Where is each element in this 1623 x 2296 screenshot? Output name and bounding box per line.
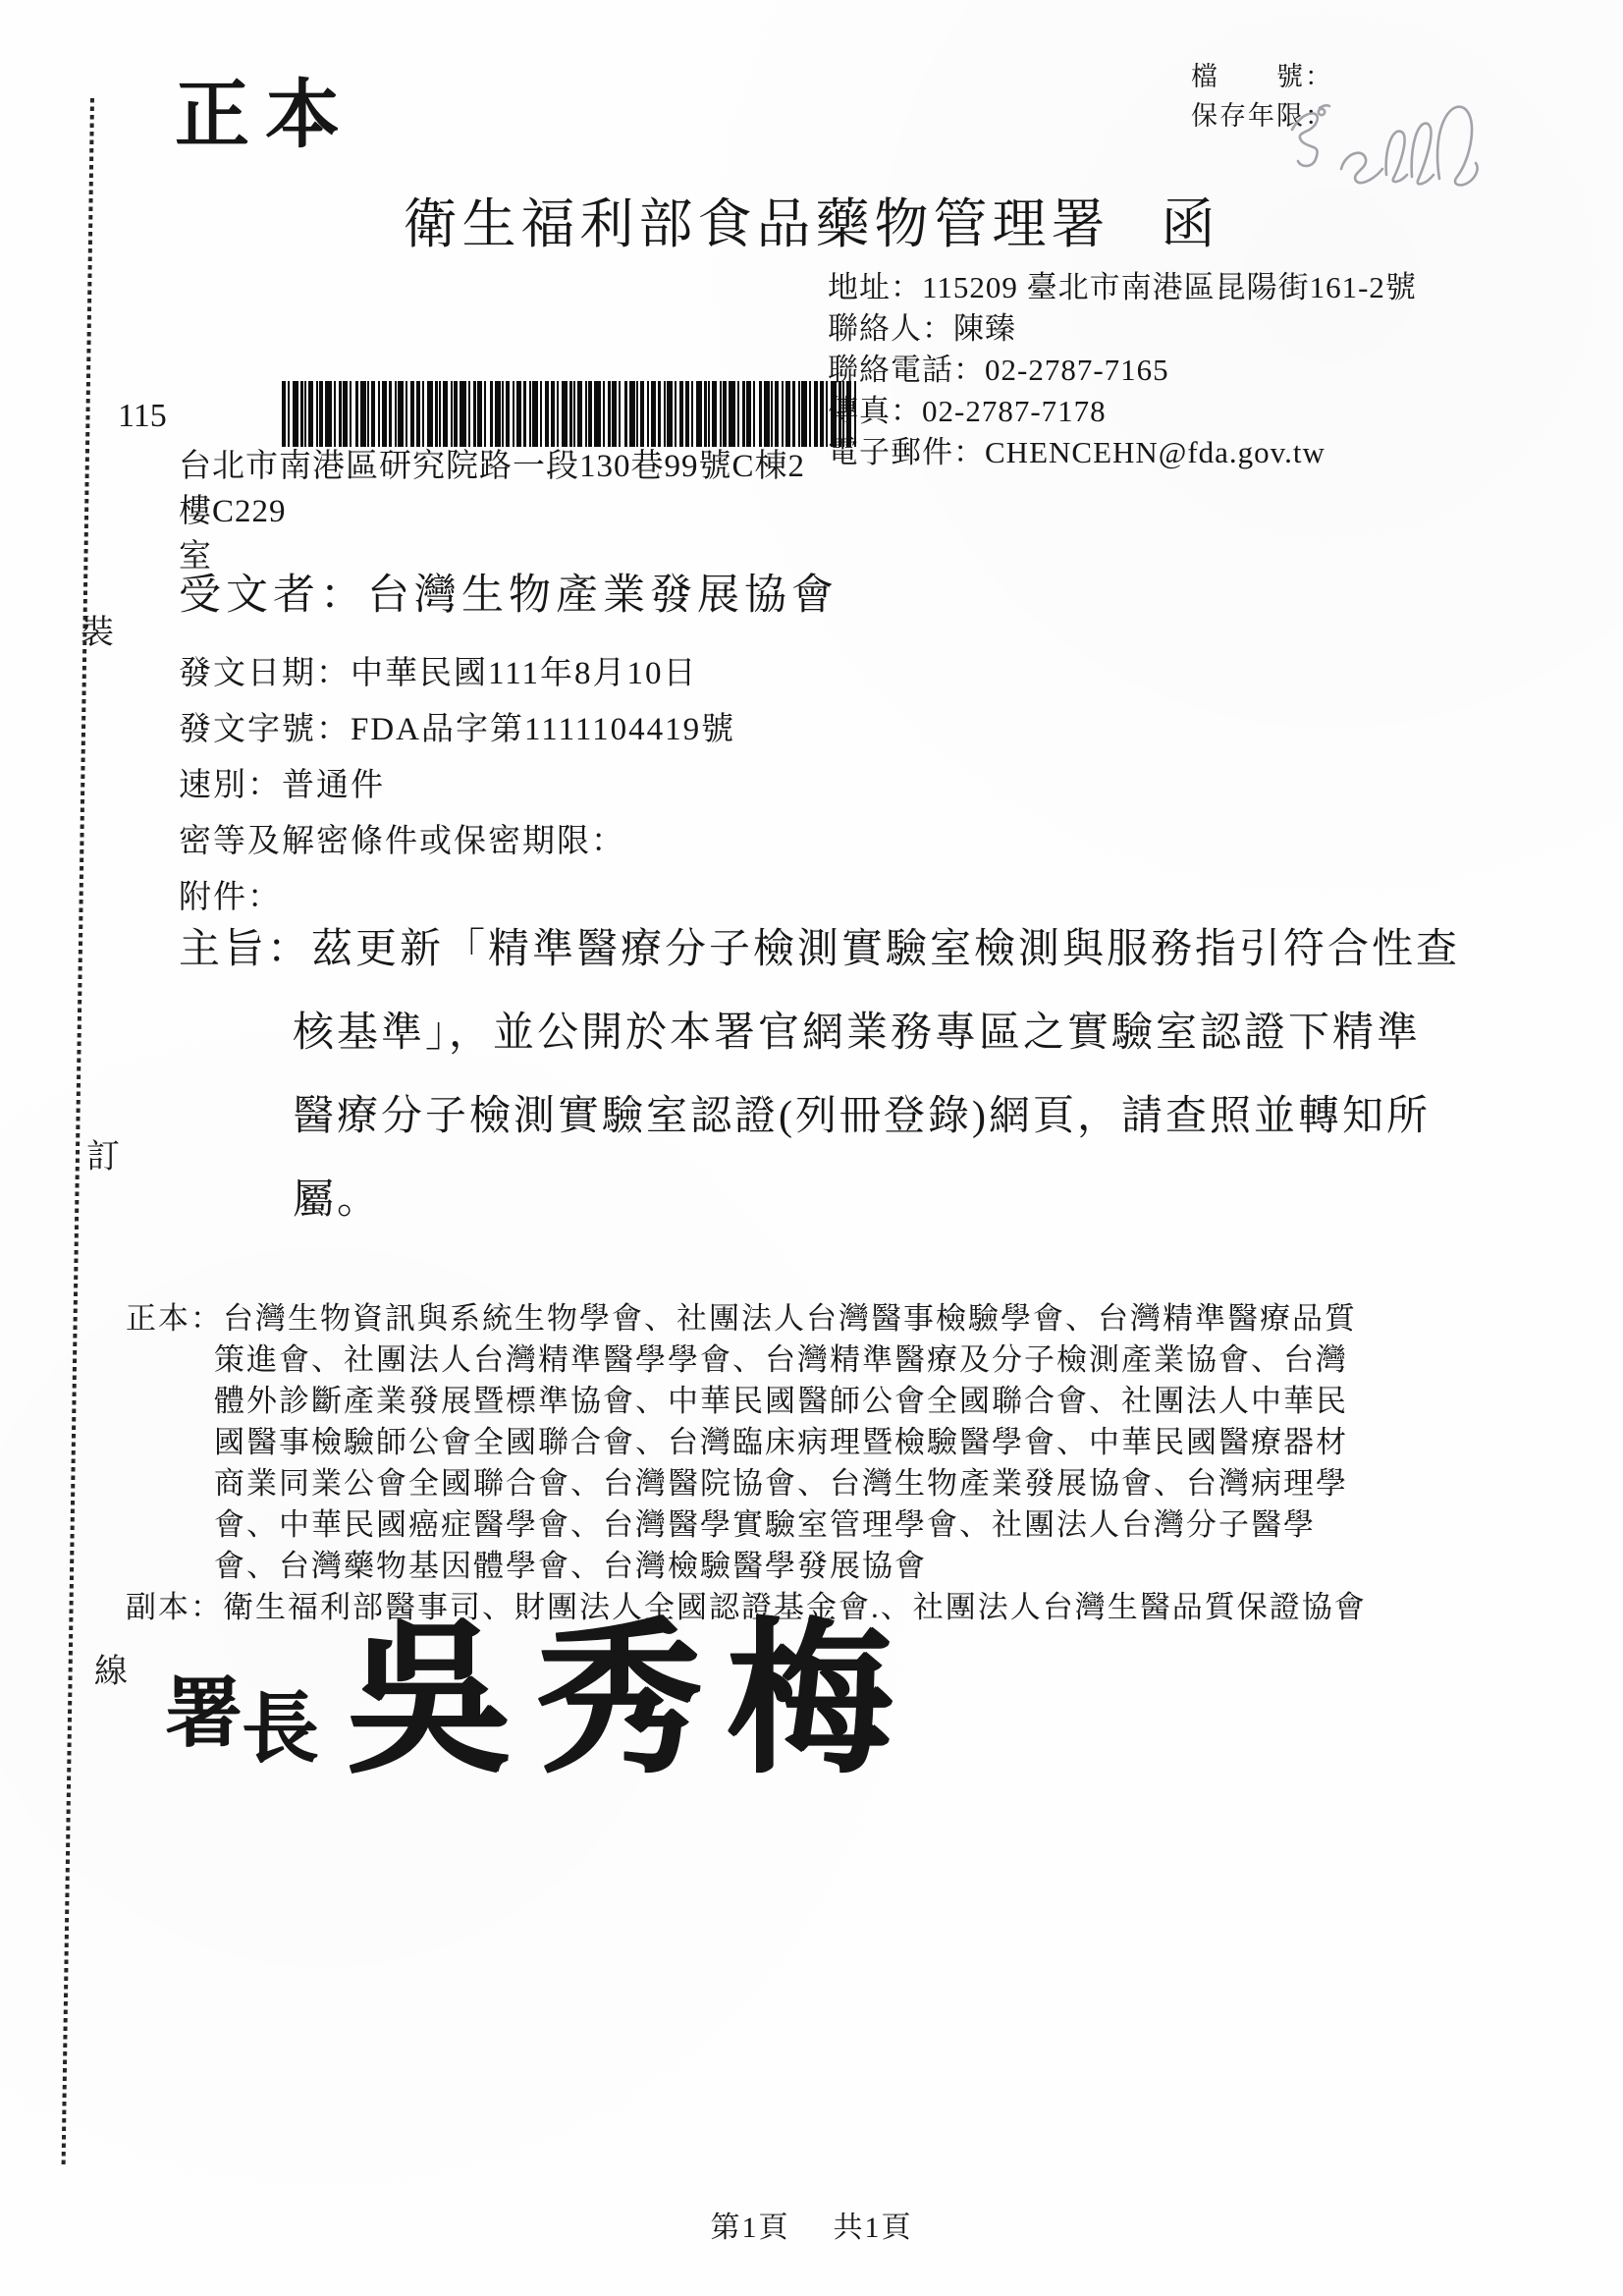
sender-contact-person: 聯絡人：陳臻 [828, 308, 1417, 350]
mailing-address: 台北市南港區研究院路一段130巷99號C棟2樓C229 室 [179, 444, 807, 579]
document-meta-block: 發文日期：中華民國111年8月10日 發文字號：FDA品字第1111104419… [179, 646, 735, 926]
distribution-line: 策進會、社團法人台灣精準醫學學會、台灣精準醫療及分子檢測產業協會、台灣 [214, 1339, 1520, 1381]
subject-line: 主旨：茲更新「精準醫療分子檢測實驗室檢測與服務指引符合性查 [179, 908, 1514, 992]
page-footer: 第1頁共1頁 [0, 2203, 1623, 2246]
document-title-row: 衛生福利部食品藥物管理署函 [0, 181, 1623, 258]
distribution-block: 正本：台灣生物資訊與系統生物學會、社團法人台灣醫事檢驗學會、台灣精準醫療品質 策… [126, 1298, 1520, 1628]
mailing-address-line1: 台北市南港區研究院路一段130巷99號C棟2樓C229 [179, 444, 807, 534]
signature-block: 署長 吳秀梅 [165, 1618, 917, 1783]
meta-security-class: 密等及解密條件或保密期限： [179, 814, 735, 870]
subject-line: 屬。 [293, 1159, 1514, 1242]
barcode [282, 381, 856, 447]
distribution-line: 正本：台灣生物資訊與系統生物學會、社團法人台灣醫事檢驗學會、台灣精準醫療品質 [126, 1298, 1520, 1339]
sender-contact-block: 地址：115209 臺北市南港區昆陽街161-2號 聯絡人：陳臻 聯絡電話：02… [828, 267, 1417, 473]
subject-line: 核基準」，並公開於本署官網業務專區之實驗室認證下精準 [293, 992, 1514, 1075]
doc-type-label: 函 [1162, 194, 1220, 254]
page-number: 第1頁 [711, 2212, 790, 2244]
meta-speed-class: 速別：普通件 [179, 758, 735, 814]
binding-label-ding: 訂 [86, 1141, 120, 1175]
scanned-letter-page: 裝 訂 線 正本 檔 號： 保存年限： 衛生福利部食品藥物管理署函 地址：115… [0, 0, 1623, 2296]
sender-email: 電子郵件：CHENCEHN@fda.gov.tw [828, 432, 1417, 473]
postal-code: 115 [118, 398, 167, 435]
agency-title: 衛生福利部食品藥物管理署 [403, 194, 1109, 254]
meta-doc-number: 發文字號：FDA品字第1111104419號 [179, 702, 735, 758]
sender-phone: 聯絡電話：02-2787-7165 [828, 350, 1417, 391]
distribution-line: 體外診斷產業發展暨標準協會、中華民國醫師公會全國聯合會、社團法人中華民 [214, 1381, 1520, 1422]
subject-block: 主旨：茲更新「精準醫療分子檢測實驗室檢測與服務指引符合性查 核基準」，並公開於本… [179, 908, 1514, 1242]
sender-address: 地址：115209 臺北市南港區昆陽街161-2號 [828, 267, 1417, 308]
distribution-line: 會、台灣藥物基因體學會、台灣檢驗醫學發展協會 [214, 1546, 1520, 1587]
distribution-line: 商業同業公會全國聯合會、台灣醫院協會、台灣生物產業發展協會、台灣病理學 [214, 1463, 1520, 1504]
binding-label-xian: 線 [94, 1656, 128, 1689]
subject-line: 醫療分子檢測實驗室認證(列冊登錄)網頁，請查照並轉知所 [293, 1075, 1514, 1159]
signer-title-char: 長 [242, 1691, 318, 1768]
binding-label-zhuang: 裝 [81, 617, 114, 650]
recipient-line: 受文者：台灣生物產業發展協會 [179, 562, 839, 622]
distribution-line: 會、中華民國癌症醫學會、台灣醫學實驗室管理學會、社團法人台灣分子醫學 [214, 1504, 1520, 1546]
page-total: 共1頁 [834, 2212, 913, 2244]
sender-fax: 傳真：02-2787-7178 [828, 391, 1417, 432]
copy-stamp: 正本 [175, 79, 355, 153]
signer-title-char: 署 [165, 1670, 242, 1756]
binding-dotted-line [62, 98, 94, 2165]
meta-date: 發文日期：中華民國111年8月10日 [179, 646, 735, 702]
distribution-line: 國醫事檢驗師公會全國聯合會、台灣臨床病理暨檢驗醫學會、中華民國醫療器材 [214, 1422, 1520, 1463]
signer-title: 署長 [165, 1675, 318, 1752]
signer-name: 吳秀梅 [346, 1618, 917, 1783]
